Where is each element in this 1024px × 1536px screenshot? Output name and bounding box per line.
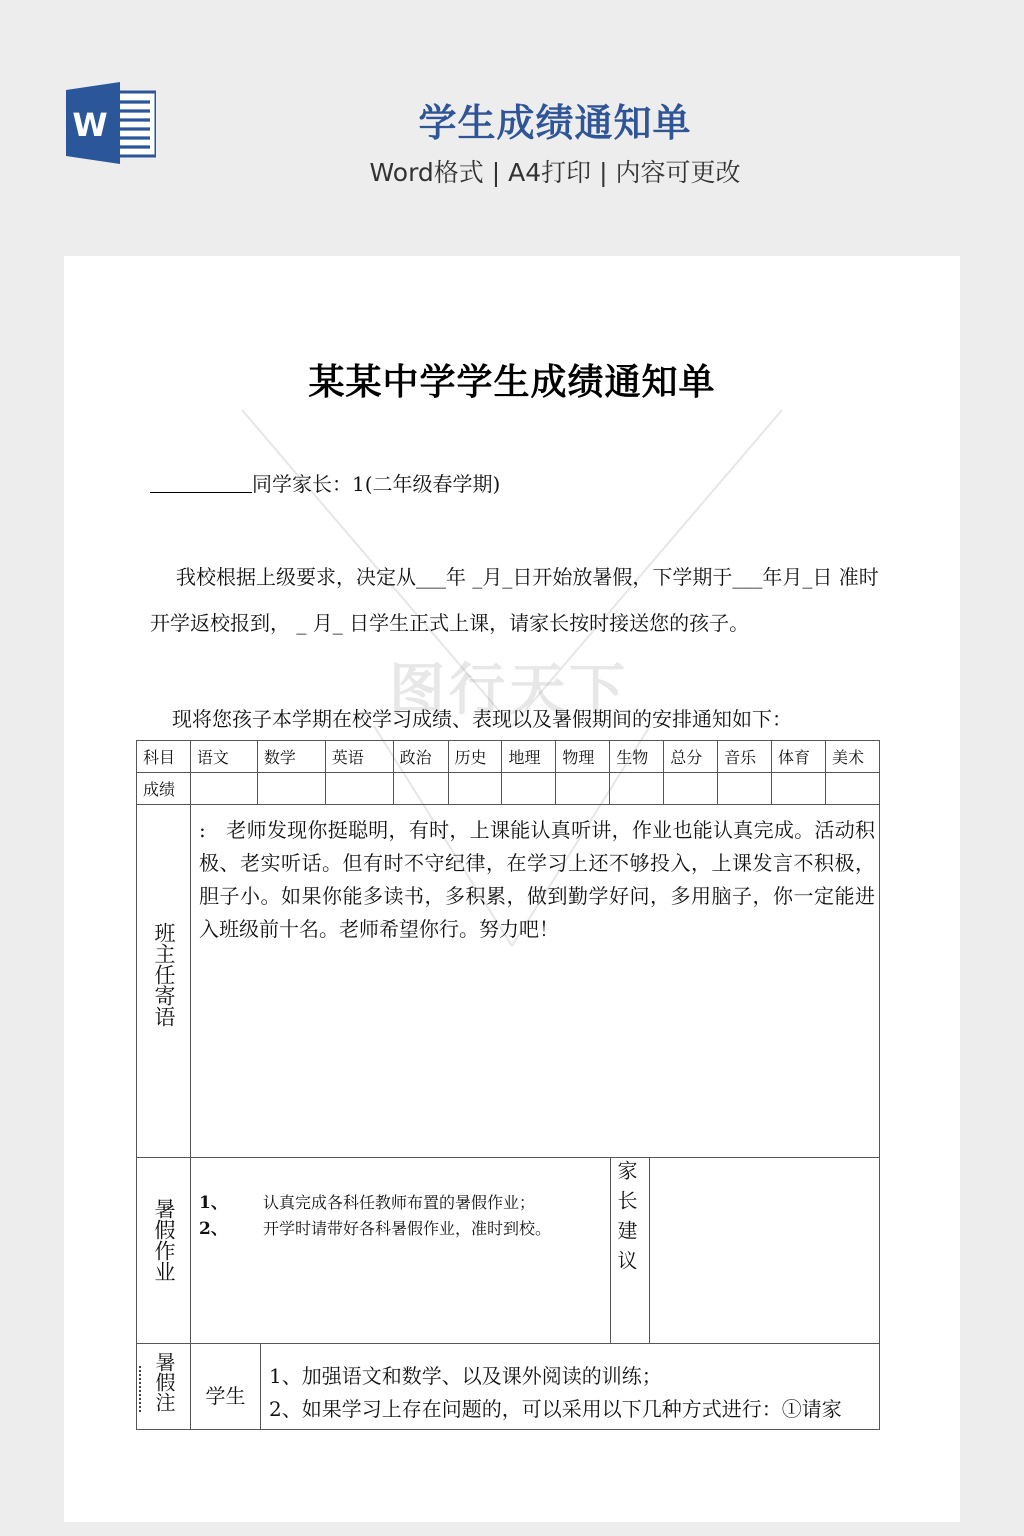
subject-cell: 地理 <box>502 741 556 773</box>
subject-cell: 历史 <box>448 741 502 773</box>
homework-item: 1、认真完成各科任教师布置的暑假作业； <box>199 1190 551 1216</box>
teacher-comment-label-cell: 班主任寄语 <box>137 804 191 1157</box>
homework-item-text: 开学时请带好各科暑假作业，准时到校。 <box>263 1219 551 1238</box>
parent-suggestion-field[interactable] <box>651 1158 879 1343</box>
name-blank <box>150 473 252 493</box>
score-cell[interactable] <box>325 773 393 805</box>
teacher-comment-label: 班主任寄语 <box>152 922 176 1027</box>
subject-cell: 数学 <box>257 741 325 773</box>
intro-paragraph: 我校根据上级要求，决定从___年 _月_日开始放暑假，下学期于___年月_日 准… <box>150 554 880 646</box>
page-header: W 学生成绩通知单 Word格式 | A4打印 | 内容可更改 <box>0 0 1024 256</box>
grades-table: 科目 语文 数学 英语 政治 历史 地理 物理 生物 总分 音乐 体育 美术 成… <box>136 740 880 805</box>
subject-cell: 体育 <box>772 741 826 773</box>
homework-list: 1、认真完成各科任教师布置的暑假作业； 2、开学时请带好各科暑假作业，准时到校。 <box>199 1190 551 1242</box>
parent-suggestion-label: 家长建议 <box>618 1160 642 1280</box>
parent-suggestion-label-cell: 家长建议 <box>610 1158 650 1343</box>
salutation-text: 同学家长：1(二年级春学期) <box>252 472 500 496</box>
subject-cell: 物理 <box>556 741 610 773</box>
summer-notice-text: 1、加强语文和数学、以及课外阅读的训练； 2、如果学习上存在问题的，可以采用以下… <box>269 1360 842 1426</box>
homework-item: 2、开学时请带好各科暑假作业，准时到校。 <box>199 1216 551 1242</box>
notice-line: 1、加强语文和数学、以及课外阅读的训练； <box>269 1360 842 1393</box>
summer-notice-label: 暑假注 <box>152 1352 176 1412</box>
notice-line: 2、如果学习上存在问题的，可以采用以下几种方式进行：①请家 <box>269 1393 842 1426</box>
score-cell[interactable] <box>393 773 448 805</box>
header-subtitle: Word格式 | A4打印 | 内容可更改 <box>330 153 780 189</box>
summer-notice-section: 暑假注 学生 1、加强语文和数学、以及课外阅读的训练； 2、如果学习上存在问题的… <box>136 1344 880 1430</box>
salutation: 同学家长：1(二年级春学期) <box>150 468 500 497</box>
summer-notice-label-cell: 暑假注 <box>137 1344 191 1429</box>
row-header-subject: 科目 <box>137 741 191 773</box>
score-cell[interactable] <box>772 773 826 805</box>
student-label: 学生 <box>191 1344 261 1429</box>
teacher-comment-section: 班主任寄语 : 老师发现你挺聪明，有时，上课能认真听讲，作业也能认真完成。活动积… <box>136 804 880 1158</box>
document-title: 某某中学学生成绩通知单 <box>64 354 960 405</box>
subject-cell: 美术 <box>825 741 879 773</box>
homework-label: 暑假作业 <box>152 1198 176 1282</box>
subjects-row: 科目 语文 数学 英语 政治 历史 地理 物理 生物 总分 音乐 体育 美术 <box>137 741 880 773</box>
teacher-comment-text[interactable]: : 老师发现你挺聪明，有时，上课能认真听讲，作业也能认真完成。活动积极、老实听话… <box>199 814 875 946</box>
score-cell[interactable] <box>718 773 772 805</box>
score-cell[interactable] <box>502 773 556 805</box>
score-cell[interactable] <box>664 773 718 805</box>
notice-paragraph: 现将您孩子本学期在校学习成绩、表现以及暑假期间的安排通知如下： <box>172 696 902 742</box>
subject-cell: 总分 <box>664 741 718 773</box>
document-page: 图行天下 某某中学学生成绩通知单 同学家长：1(二年级春学期) 我校根据上级要求… <box>64 256 960 1522</box>
subject-cell: 语文 <box>190 741 257 773</box>
word-doc-icon: W <box>66 82 156 164</box>
subject-cell: 音乐 <box>718 741 772 773</box>
subject-cell: 生物 <box>610 741 664 773</box>
score-cell[interactable] <box>825 773 879 805</box>
homework-label-cell: 暑假作业 <box>137 1158 191 1343</box>
homework-item-number: 1、 <box>199 1190 263 1216</box>
row-header-score: 成绩 <box>137 773 191 805</box>
header-title: 学生成绩通知单 <box>330 92 780 147</box>
scores-row: 成绩 <box>137 773 880 805</box>
subject-cell: 政治 <box>393 741 448 773</box>
svg-text:W: W <box>72 106 107 144</box>
homework-item-number: 2、 <box>199 1216 263 1242</box>
score-cell[interactable] <box>556 773 610 805</box>
score-cell[interactable] <box>257 773 325 805</box>
subject-cell: 英语 <box>325 741 393 773</box>
homework-item-text: 认真完成各科任教师布置的暑假作业； <box>263 1193 535 1212</box>
summer-homework-section: 暑假作业 1、认真完成各科任教师布置的暑假作业； 2、开学时请带好各科暑假作业，… <box>136 1158 880 1344</box>
score-cell[interactable] <box>448 773 502 805</box>
score-cell[interactable] <box>190 773 257 805</box>
score-cell[interactable] <box>610 773 664 805</box>
